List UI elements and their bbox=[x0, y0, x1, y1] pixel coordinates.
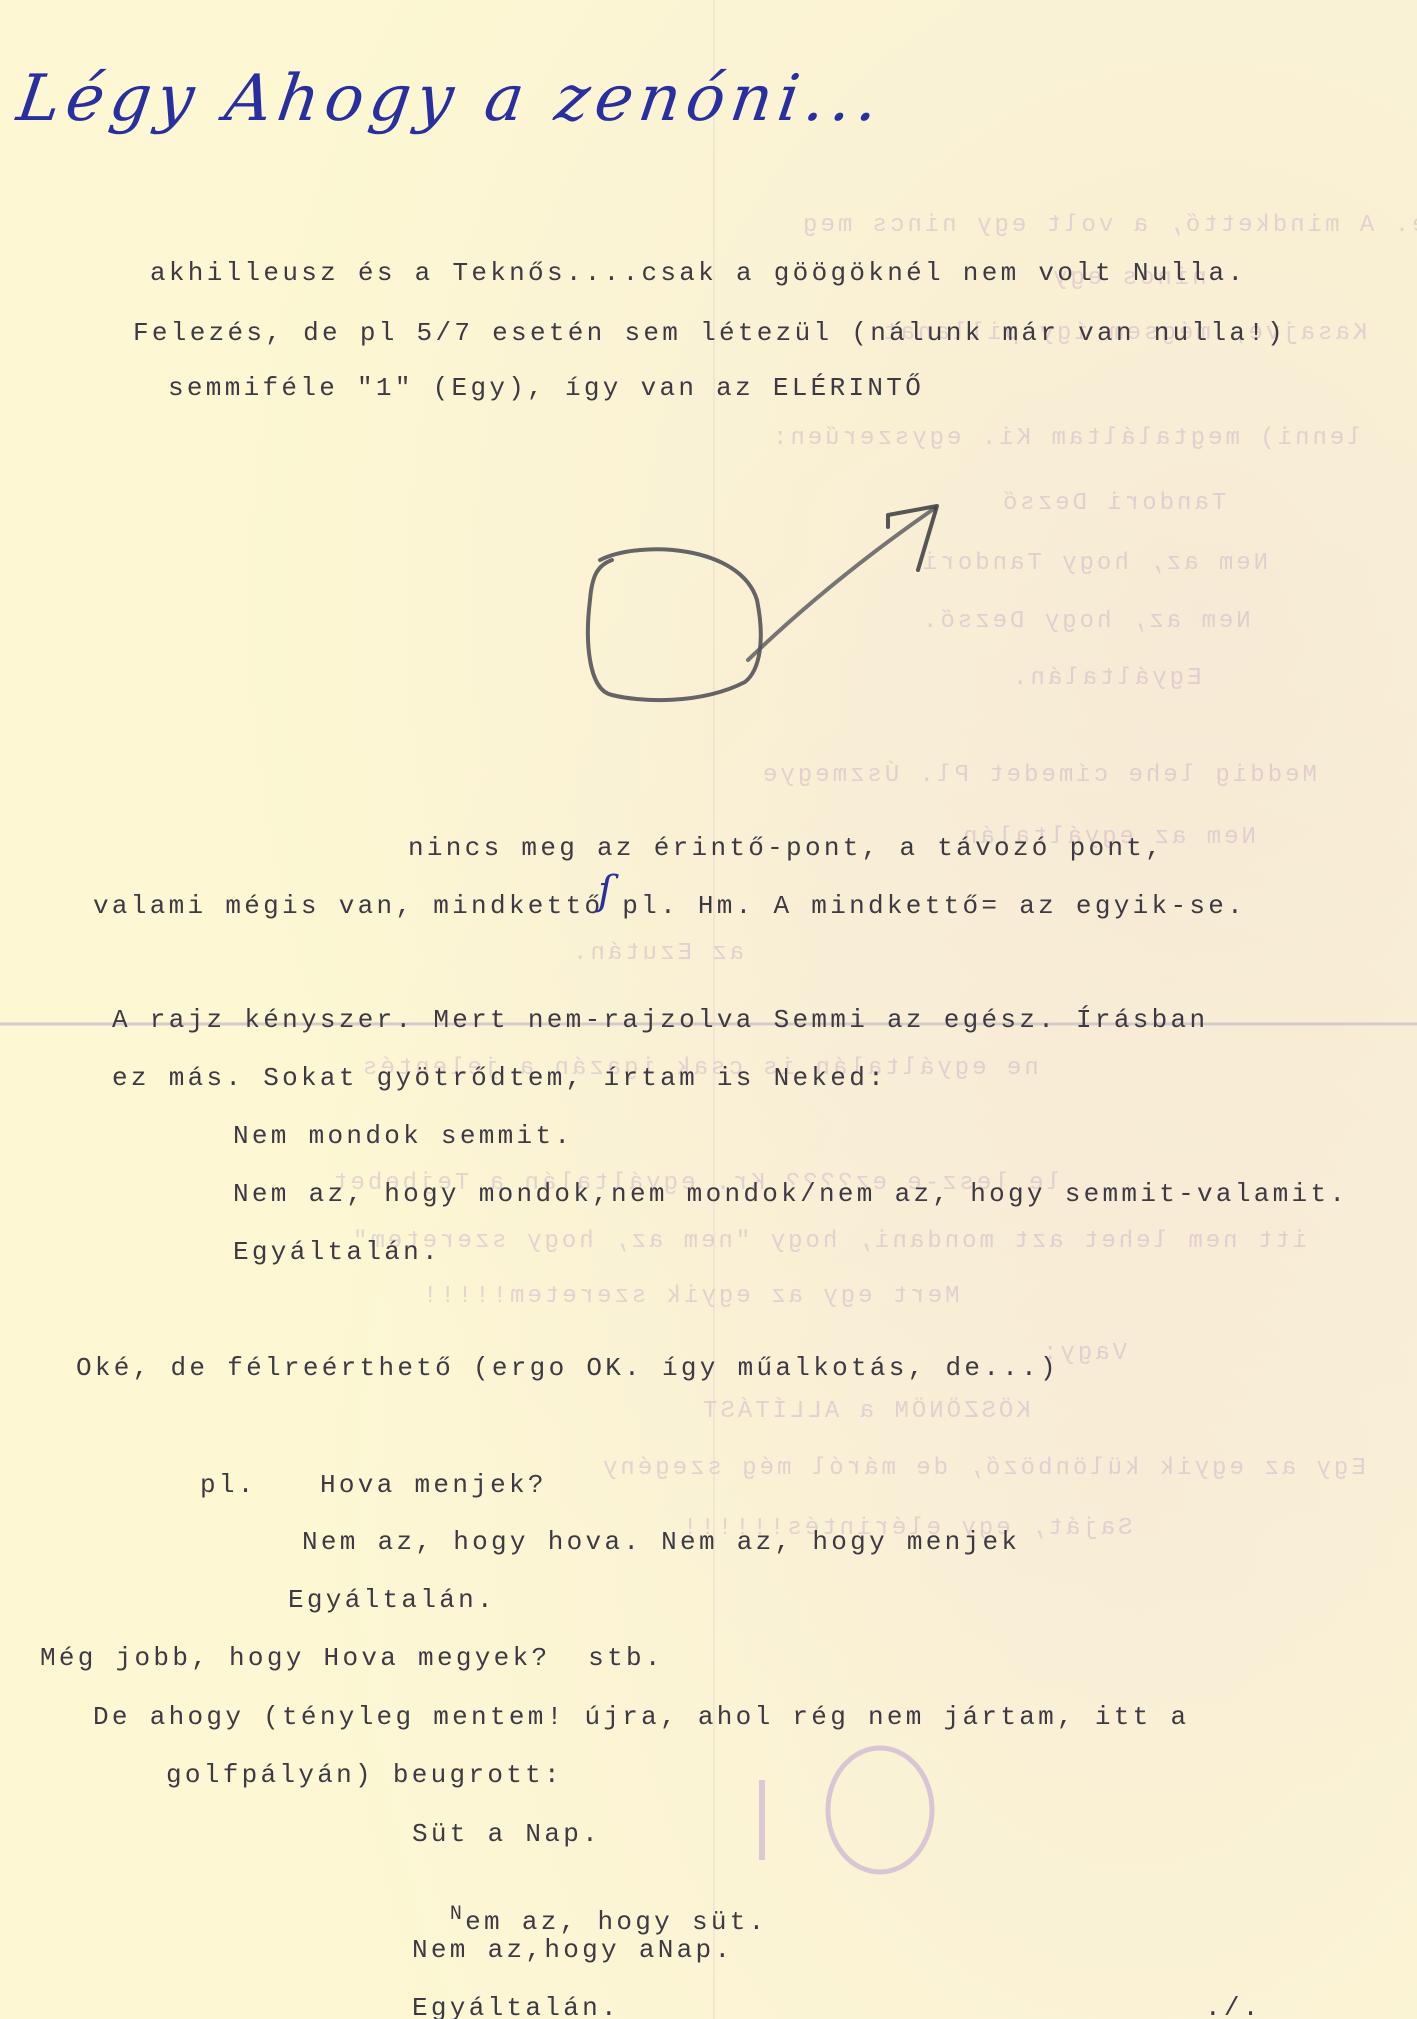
typed-line: Nem az,hogy aNap. bbox=[412, 1935, 733, 1965]
typed-line: Süt a Nap. bbox=[412, 1819, 601, 1849]
faint-stamp-mark bbox=[0, 0, 1417, 2019]
typed-line: Egyáltalán. bbox=[412, 1993, 620, 2019]
typed-line: Nem az, hogy süt. bbox=[412, 1877, 768, 1940]
superscript-letter: N bbox=[450, 1903, 465, 1926]
typed-line-text: em az, hogy süt. bbox=[465, 1907, 767, 1937]
page-continuation-mark: ./. bbox=[1205, 1993, 1262, 2019]
